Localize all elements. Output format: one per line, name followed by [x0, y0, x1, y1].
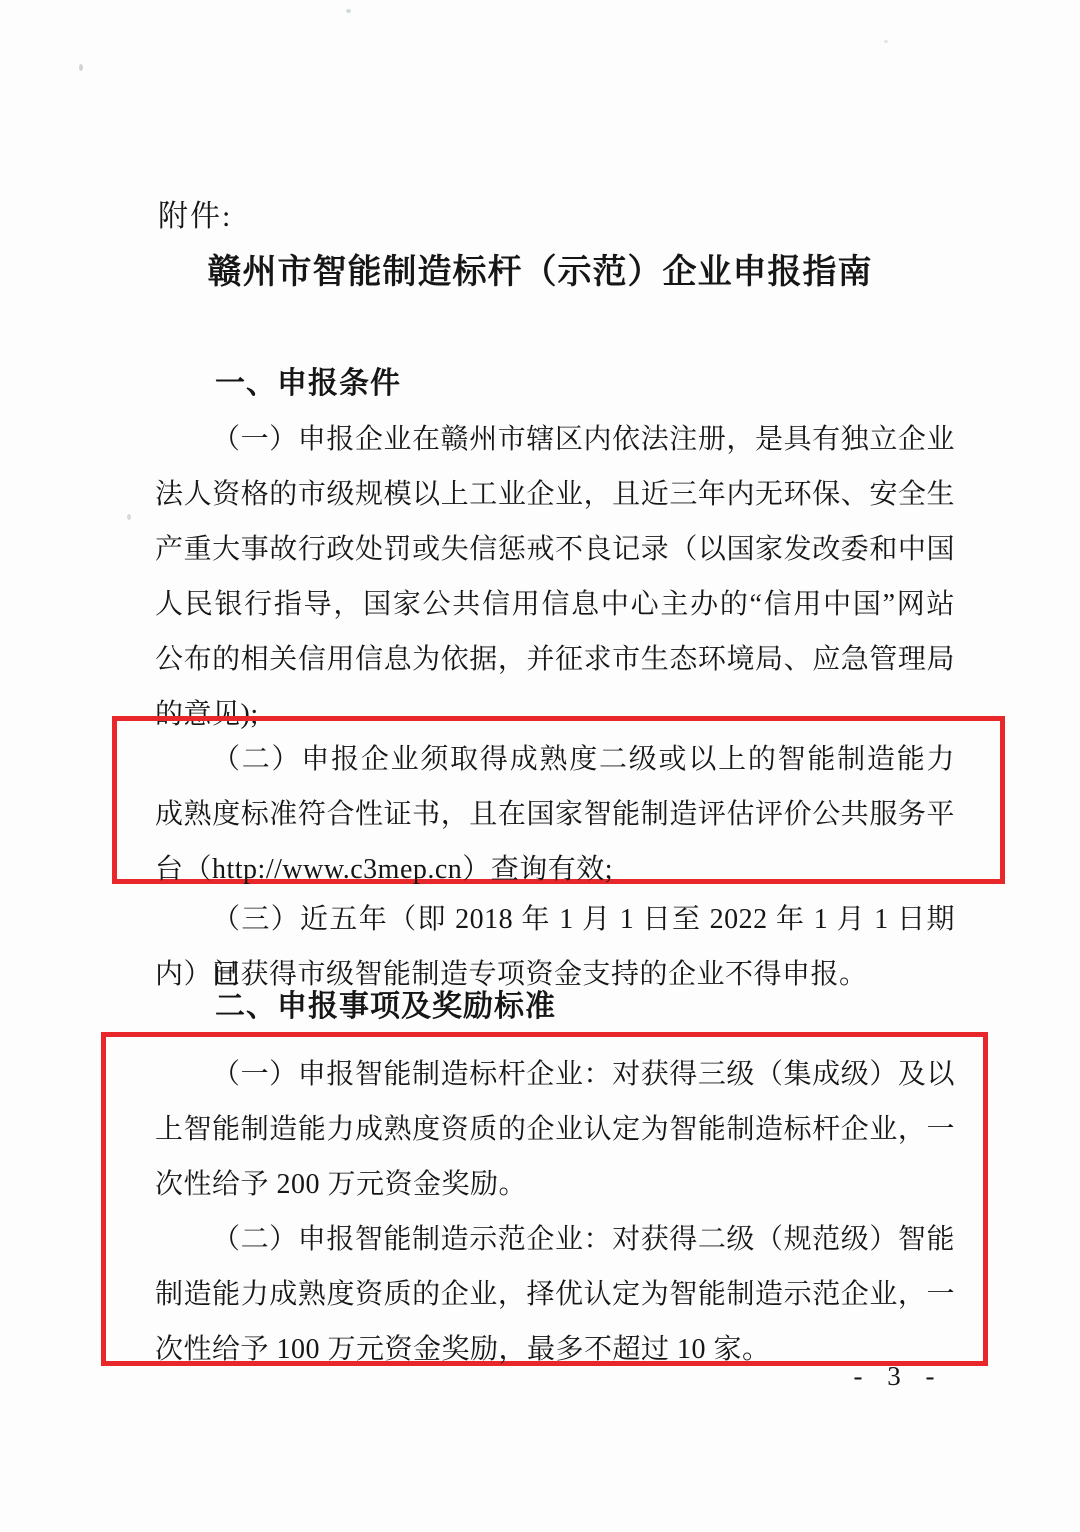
text-line: 公布的相关信用信息为依据，并征求市生态环境局、应急管理局	[155, 632, 955, 687]
text-line: 制造能力成熟度资质的企业，择优认定为智能制造示范企业，一	[155, 1267, 955, 1322]
condition-item-2: （二）申报企业须取得成熟度二级或以上的智能制造能力 成熟度标准符合性证书，且在国…	[155, 732, 955, 897]
text-line: 产重大事故行政处罚或失信惩戒不良记录（以国家发改委和中国	[155, 522, 955, 577]
text-line: 上智能制造能力成熟度资质的企业认定为智能制造标杆企业，一	[155, 1102, 955, 1157]
text-line: （一）申报智能制造标杆企业：对获得三级（集成级）及以	[155, 1047, 955, 1102]
text-line: （三）近五年（即 2018 年 1 月 1 日至 2022 年 1 月 1 日期…	[155, 892, 955, 947]
page-number: - 3 -	[810, 1358, 980, 1394]
text-line: 次性给予 200 万元资金奖励。	[155, 1157, 955, 1212]
text-line: （一）申报企业在赣州市辖区内依法注册，是具有独立企业	[155, 412, 955, 467]
scan-speck	[346, 9, 351, 13]
section-2-heading: 二、申报事项及奖励标准	[215, 986, 556, 1028]
text-line: （二）申报企业须取得成熟度二级或以上的智能制造能力	[155, 732, 955, 787]
text-line: 成熟度标准符合性证书，且在国家智能制造评估评价公共服务平	[155, 787, 955, 842]
scan-speck	[127, 514, 131, 520]
document-page: 附件: 赣州市智能制造标杆（示范）企业申报指南 一、申报条件 （一）申报企业在赣…	[0, 0, 1080, 1532]
text-line: 法人资格的市级规模以上工业企业，且近三年内无环保、安全生	[155, 467, 955, 522]
reward-item-1: （一）申报智能制造标杆企业：对获得三级（集成级）及以 上智能制造能力成熟度资质的…	[155, 1047, 955, 1212]
condition-item-1: （一）申报企业在赣州市辖区内依法注册，是具有独立企业 法人资格的市级规模以上工业…	[155, 412, 955, 742]
text-line: （二）申报智能制造示范企业：对获得二级（规范级）智能	[155, 1212, 955, 1267]
scan-speck	[79, 64, 83, 71]
section-1-heading: 一、申报条件	[215, 363, 401, 405]
text-line: 人民银行指导，国家公共信用信息中心主办的“信用中国”网站	[155, 577, 955, 632]
text-line: 台（http://www.c3mep.cn）查询有效;	[155, 842, 955, 897]
reward-item-2: （二）申报智能制造示范企业：对获得二级（规范级）智能 制造能力成熟度资质的企业，…	[155, 1212, 955, 1377]
attachment-label: 附件:	[158, 198, 232, 236]
scan-speck	[884, 40, 888, 43]
document-title: 赣州市智能制造标杆（示范）企业申报指南	[100, 250, 980, 296]
